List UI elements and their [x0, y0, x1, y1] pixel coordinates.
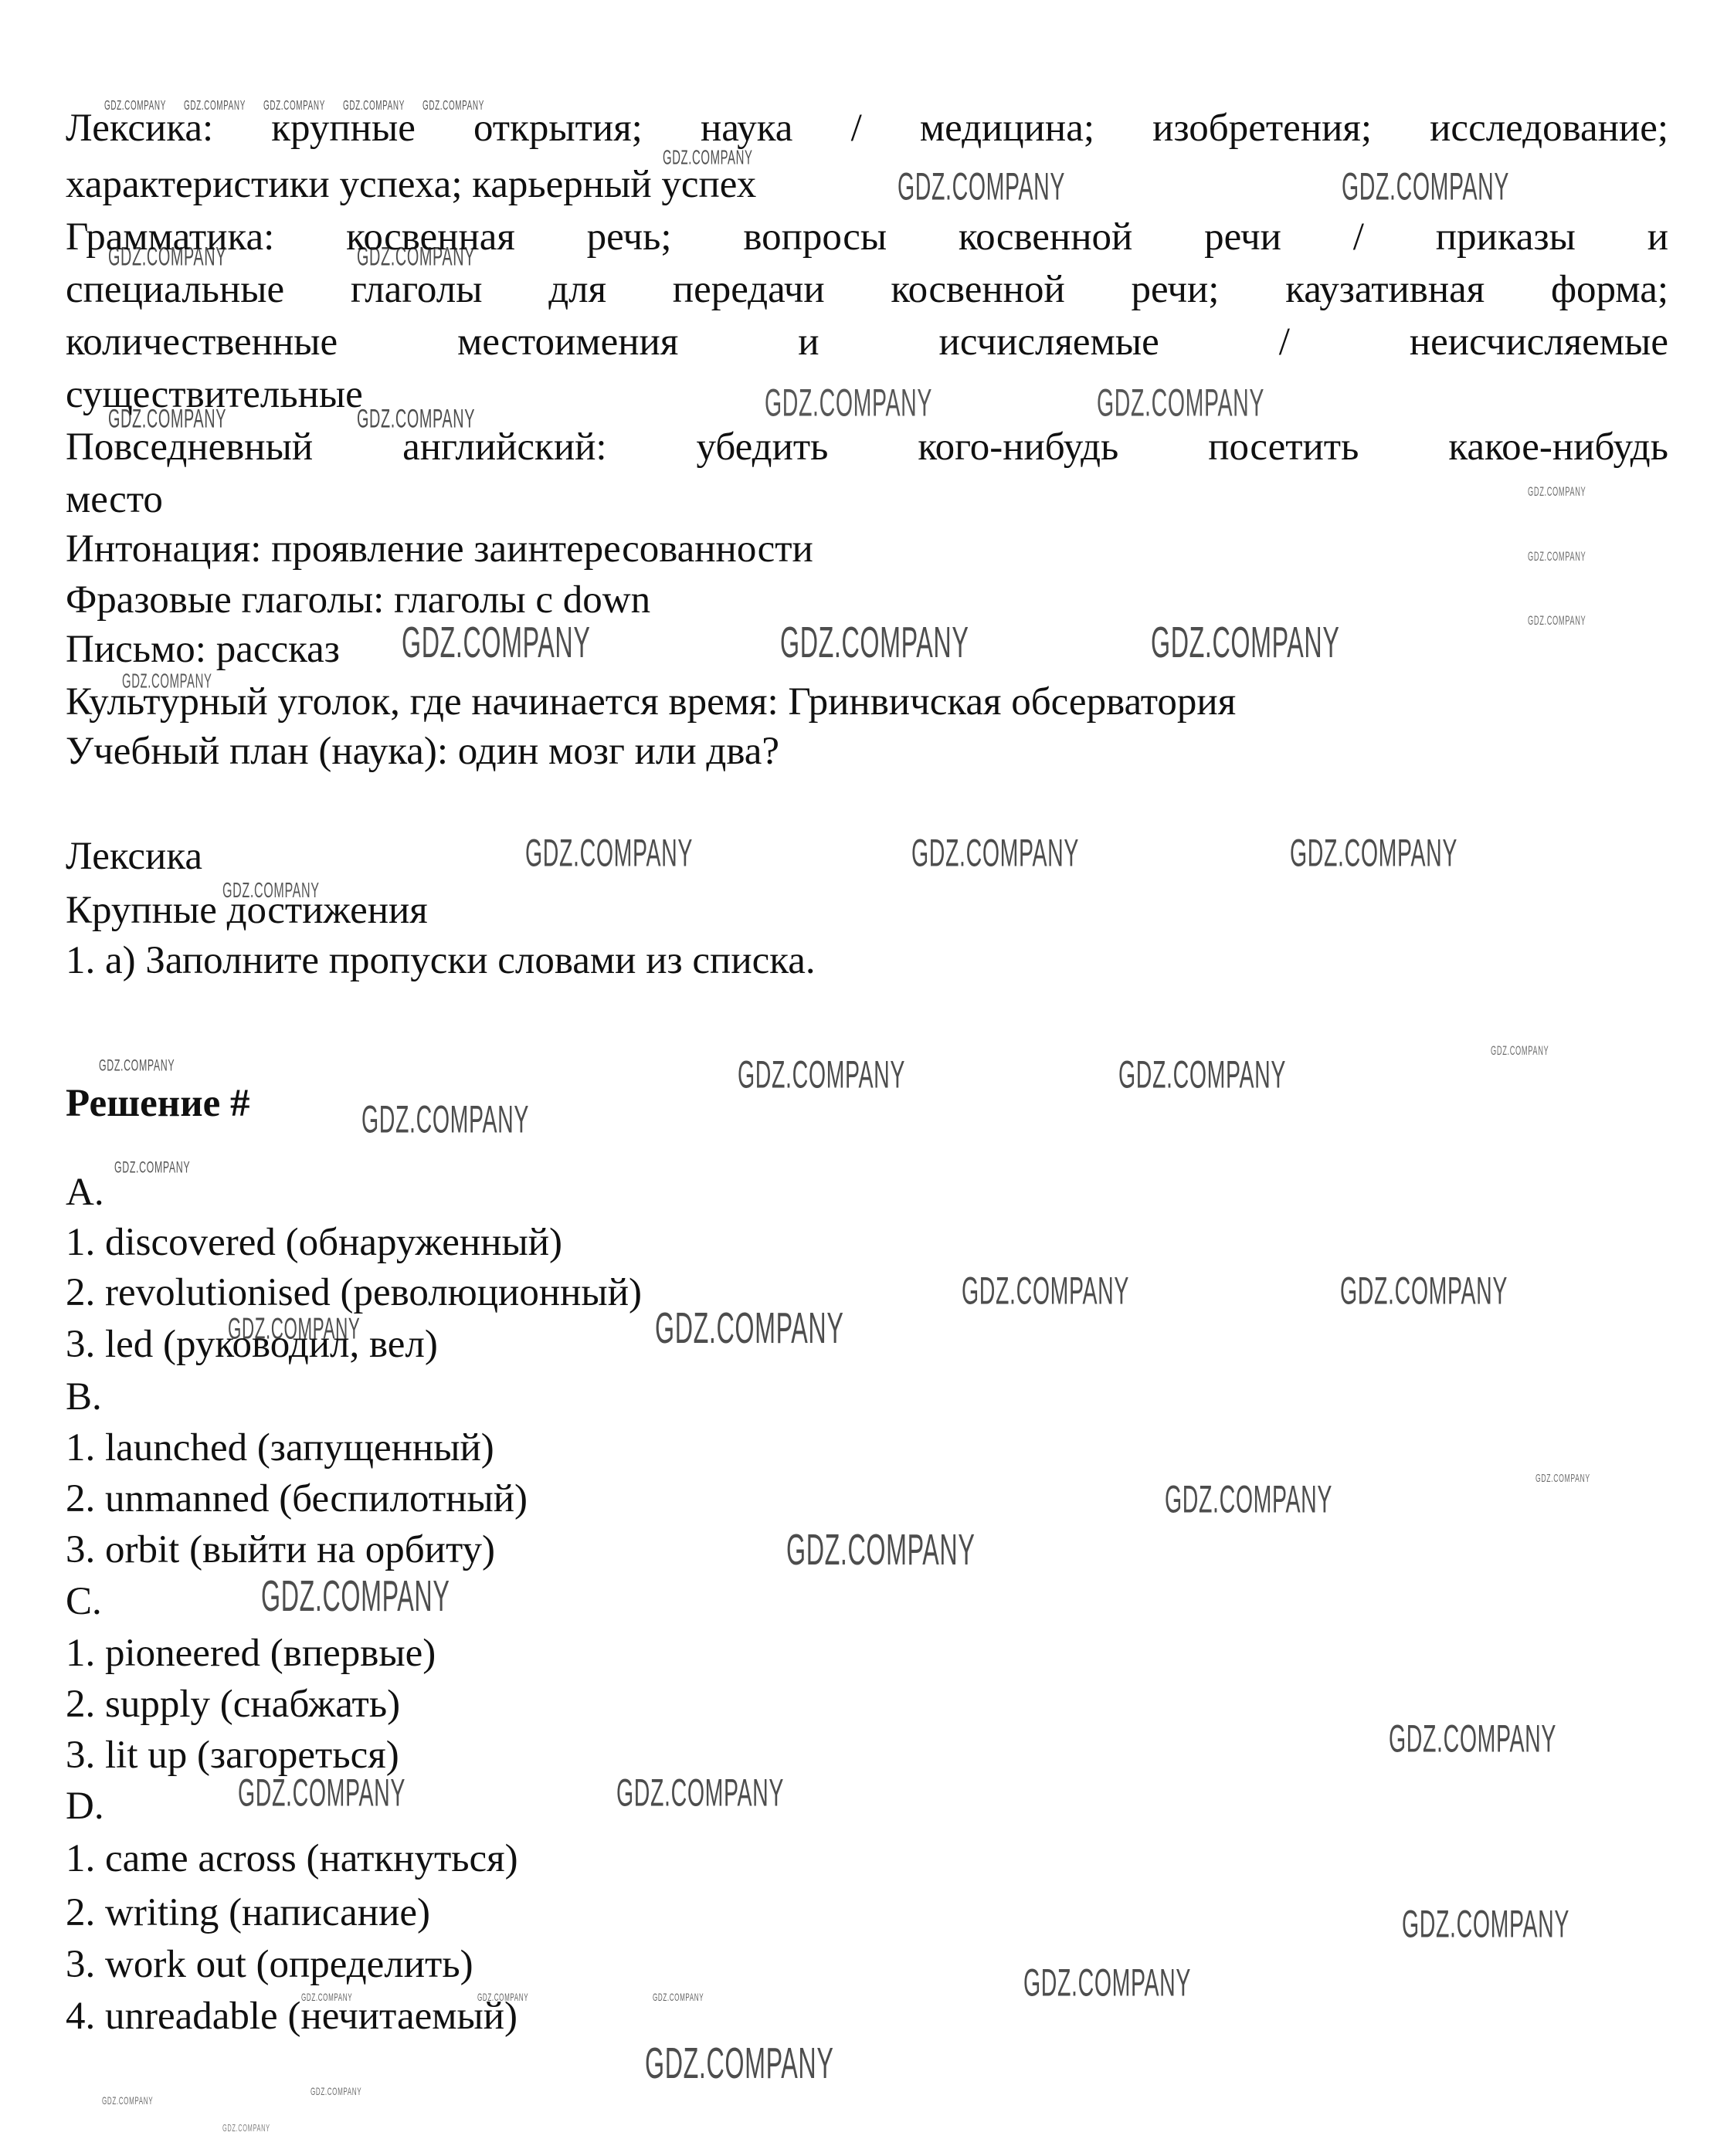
text-line: 1. a) Заполните пропуски словами из спис…: [66, 938, 816, 983]
watermark: GDZ.COMPANY: [1535, 1471, 1590, 1484]
text-line: B.: [66, 1375, 102, 1419]
watermark: GDZ.COMPANY: [655, 1303, 843, 1354]
text-line: 2. writing (написание): [66, 1890, 430, 1935]
text-line: Фразовые глаголы: глаголы с down: [66, 578, 650, 622]
text-line: 1. discovered (обнаруженный): [66, 1220, 562, 1265]
watermark: GDZ.COMPANY: [1023, 1960, 1191, 2005]
text-line: Решение #: [66, 1081, 249, 1126]
watermark: GDZ.COMPANY: [402, 618, 590, 668]
watermark: GDZ.COMPANY: [653, 1991, 704, 2003]
watermark: GDZ.COMPANY: [1340, 1268, 1508, 1313]
text-line: 3. led (руководил, вел): [66, 1322, 438, 1367]
watermark: GDZ.COMPANY: [780, 618, 969, 668]
text-line: 4. unreadable (нечитаемый): [66, 1994, 517, 2039]
text-line: D.: [66, 1784, 104, 1829]
watermark: GDZ.COMPANY: [1402, 1901, 1569, 1946]
text-line: существительные: [66, 372, 363, 417]
watermark: GDZ.COMPANY: [616, 1770, 784, 1815]
text-line: 1. came across (наткнуться): [66, 1836, 518, 1881]
watermark: GDZ.COMPANY: [786, 1525, 975, 1575]
text-line: 1. pioneered (впервые): [66, 1631, 436, 1676]
text-line: Крупные достижения: [66, 888, 428, 933]
watermark: GDZ.COMPANY: [1342, 164, 1509, 208]
text-line: место: [66, 477, 163, 522]
watermark: GDZ.COMPANY: [1389, 1716, 1556, 1761]
watermark: GDZ.COMPANY: [1491, 1044, 1549, 1058]
watermark: GDZ.COMPANY: [898, 164, 1065, 208]
watermark: GDZ.COMPANY: [1528, 550, 1586, 564]
text-line: Грамматика: косвенная речь; вопросы косв…: [66, 215, 1668, 259]
text-line: Учебный план (наука): один мозг или два?: [66, 729, 779, 774]
text-line: Лексика: крупные открытия; наука / медиц…: [66, 106, 1668, 151]
text-line: характеристики успеха; карьерный успех: [66, 162, 756, 207]
watermark: GDZ.COMPANY: [114, 1158, 190, 1178]
watermark: GDZ.COMPANY: [1165, 1476, 1332, 1521]
text-line: 3. lit up (загореться): [66, 1733, 399, 1778]
text-line: 2. revolutionised (революционный): [66, 1270, 642, 1315]
text-line: 3. work out (определить): [66, 1942, 473, 1987]
watermark: GDZ.COMPANY: [1528, 614, 1586, 628]
text-line: количественные местоимения и исчисляемые…: [66, 320, 1668, 364]
watermark: GDZ.COMPANY: [962, 1268, 1129, 1313]
text-line: Лексика: [66, 834, 202, 879]
watermark: GDZ.COMPANY: [525, 830, 693, 875]
watermark: GDZ.COMPANY: [222, 2122, 270, 2134]
text-line: 1. launched (запущенный): [66, 1425, 494, 1470]
watermark: GDZ.COMPANY: [1528, 485, 1586, 499]
text-line: Письмо: рассказ: [66, 627, 340, 672]
watermark: GDZ.COMPANY: [765, 380, 932, 425]
watermark: GDZ.COMPANY: [911, 830, 1079, 875]
text-line: 2. supply (снабжать): [66, 1682, 400, 1727]
text-line: Интонация: проявление заинтересованности: [66, 527, 813, 571]
watermark: GDZ.COMPANY: [102, 2094, 153, 2107]
text-line: 2. unmanned (беспилотный): [66, 1476, 528, 1521]
watermark: GDZ.COMPANY: [1290, 830, 1457, 875]
watermark: GDZ.COMPANY: [261, 1571, 450, 1622]
text-line: Повседневный английский: убедить кого-ни…: [66, 425, 1668, 470]
text-line: C.: [66, 1579, 102, 1624]
watermark: GDZ.COMPANY: [1151, 618, 1339, 668]
text-line: 3. orbit (выйти на орбиту): [66, 1527, 495, 1572]
text-line: A.: [66, 1170, 104, 1215]
text-line: специальные глаголы для передачи косвенн…: [66, 267, 1668, 312]
text-line: Культурный уголок, где начинается время:…: [66, 680, 1236, 724]
watermark: GDZ.COMPANY: [645, 2039, 833, 2089]
watermark: GDZ.COMPANY: [310, 2085, 361, 2097]
watermark: GDZ.COMPANY: [738, 1052, 905, 1097]
watermark: GDZ.COMPANY: [1097, 380, 1264, 425]
watermark: GDZ.COMPANY: [1118, 1052, 1286, 1097]
document-page: GDZ.COMPANYGDZ.COMPANYGDZ.COMPANYGDZ.COM…: [0, 0, 1717, 2156]
watermark: GDZ.COMPANY: [99, 1056, 175, 1076]
watermark: GDZ.COMPANY: [361, 1097, 529, 1141]
